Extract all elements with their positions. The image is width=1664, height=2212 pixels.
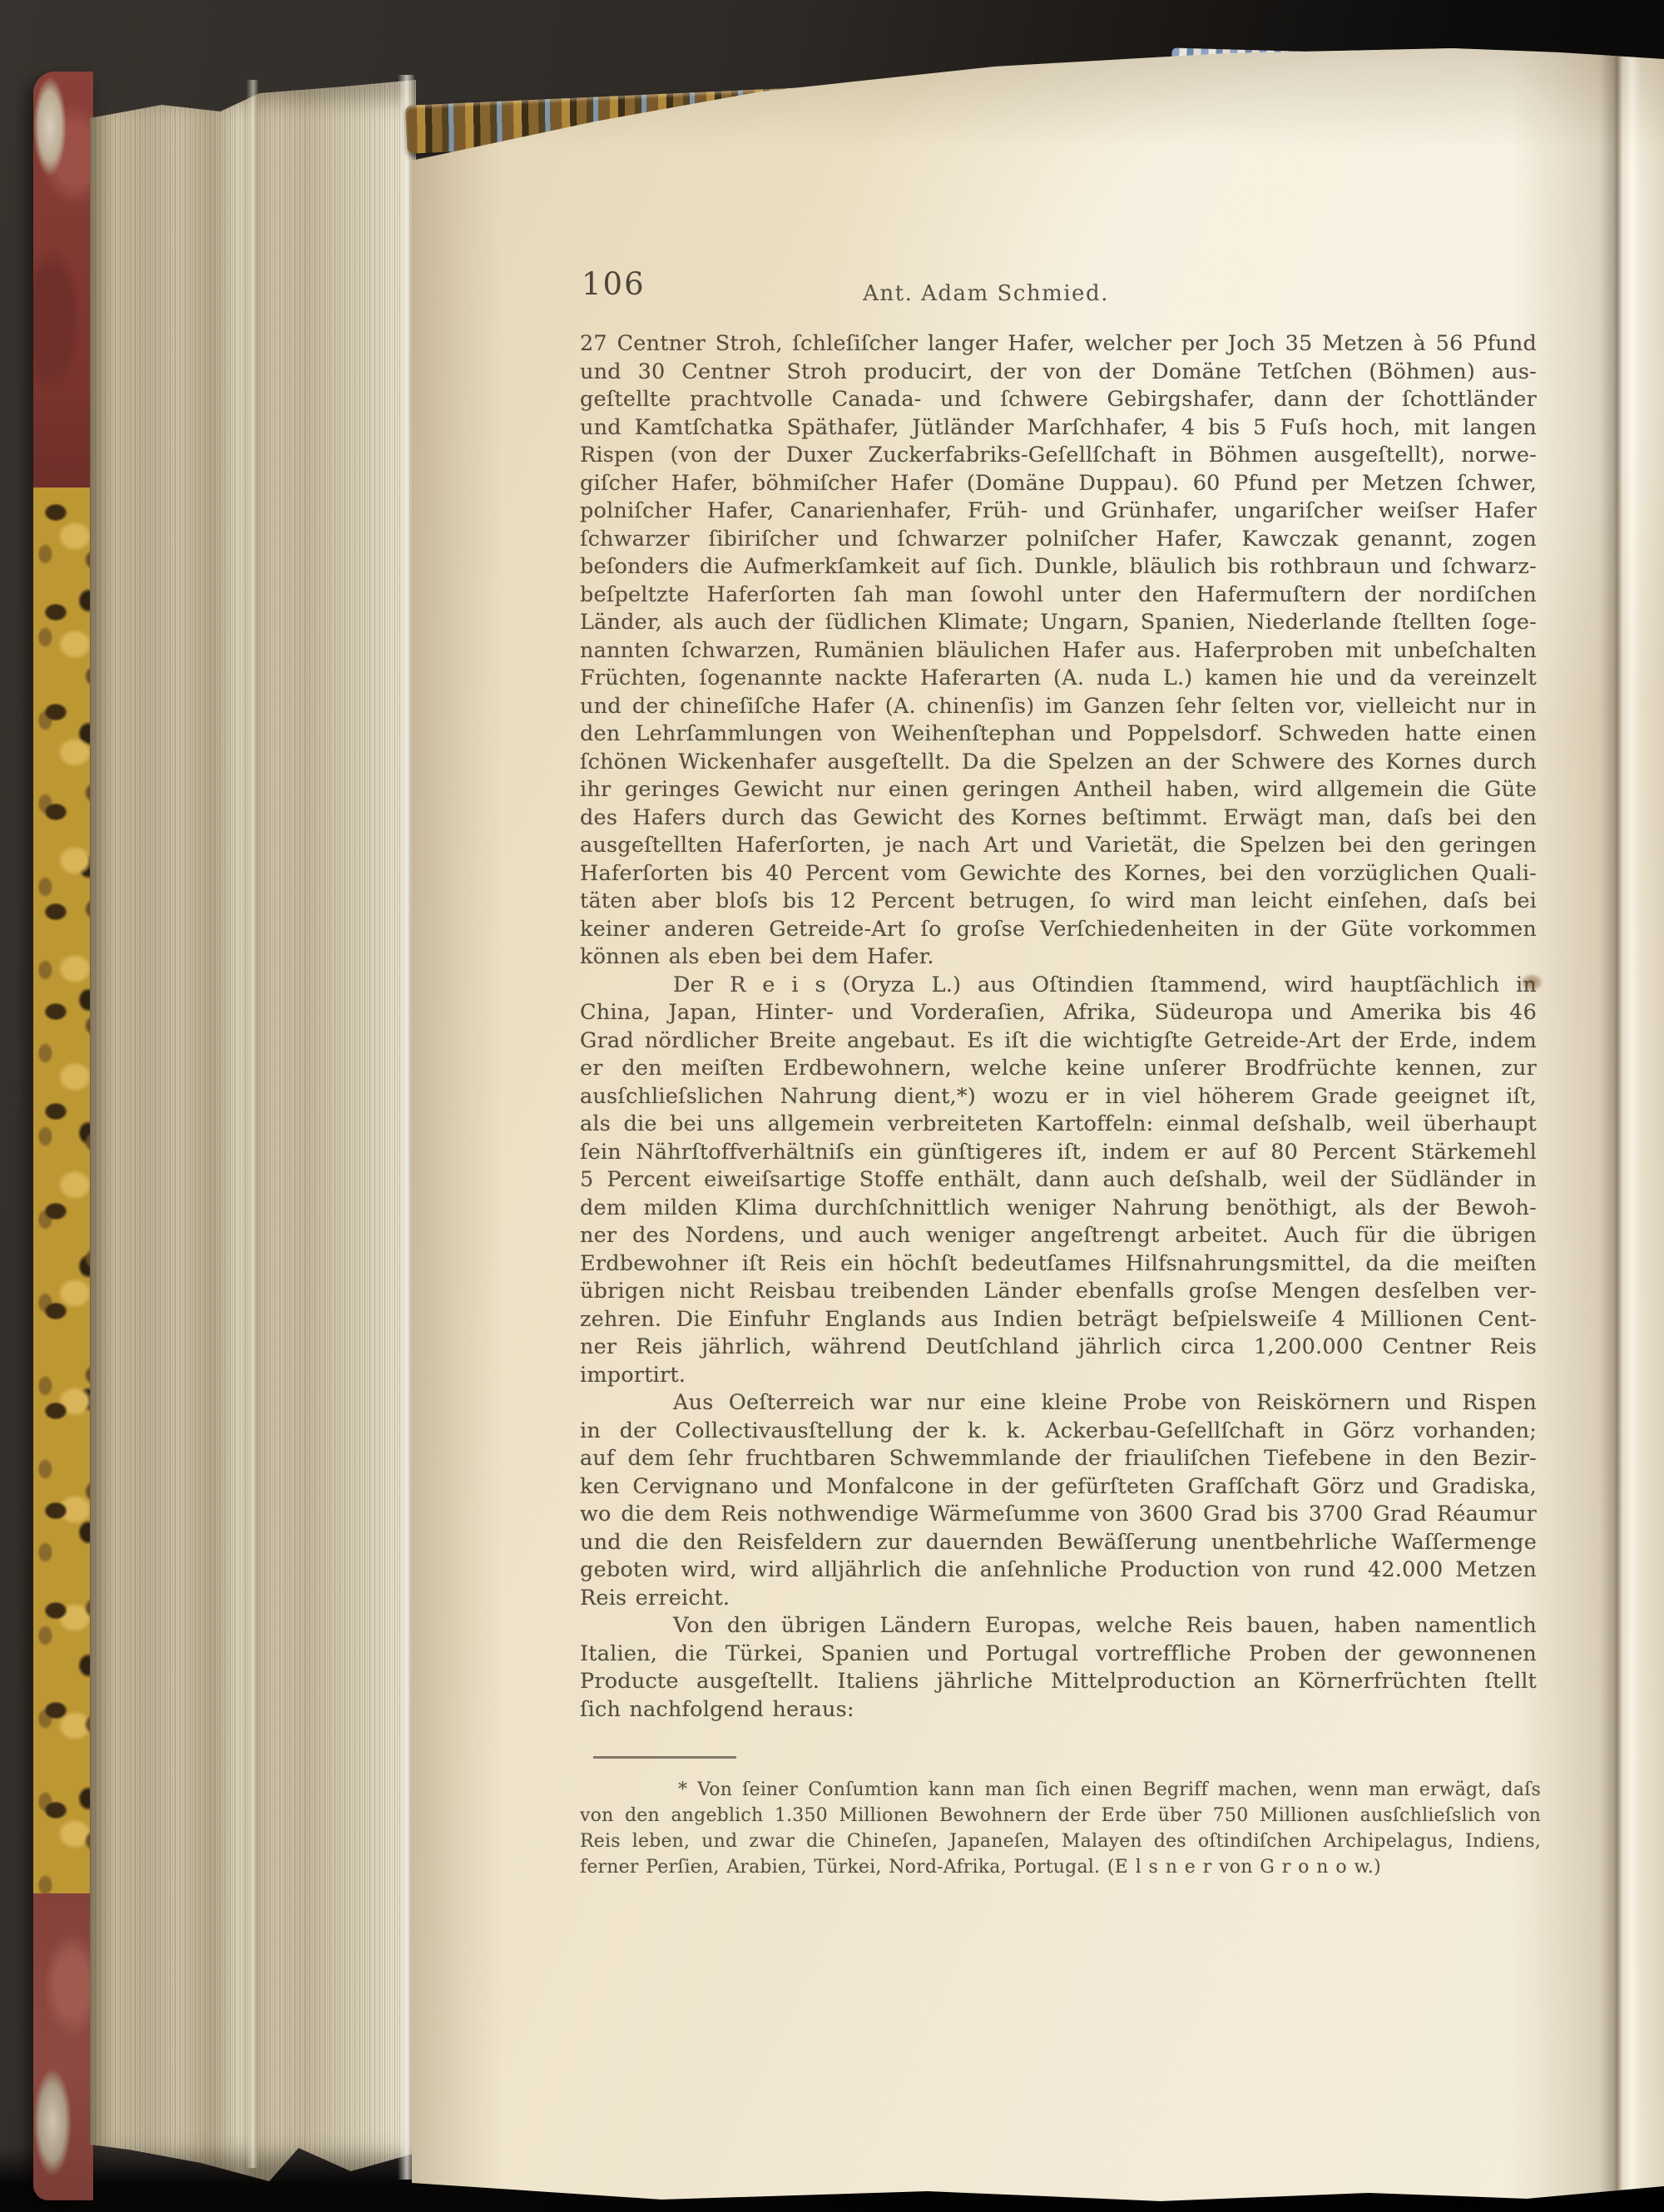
text-line: täten aber bloſs bis 12 Percent betrugen… (580, 888, 1537, 916)
text-line: beſonders die Aufmerkſamkeit auf ſich. D… (580, 553, 1537, 581)
footnote: * Von ſeiner Conſumtion kann man ſich ei… (580, 1777, 1541, 1880)
text-line: ausgeſtellten Haferſorten, je nach Art u… (580, 832, 1537, 860)
text-line: und der chineſiſche Hafer (A. chinenſis)… (580, 693, 1537, 721)
text-line: in der Collectivausſtellung der k. k. Ac… (580, 1418, 1537, 1446)
paragraph: Aus Oeſterreich war nur eine kleine Prob… (580, 1389, 1537, 1612)
text-line: er den meiſten Erdbewohnern, welche kein… (580, 1055, 1537, 1083)
book-photo: 106 Ant. Adam Schmied. 27 Centner Stroh,… (0, 0, 1664, 2212)
text-line: übrigen nicht Reisbau treibenden Länder … (580, 1278, 1537, 1306)
text-line: des Hafers durch das Gewicht des Kornes … (580, 804, 1537, 833)
text-line: 27 Centner Stroh, ſchleſiſcher langer Ha… (580, 330, 1537, 359)
text-line: auf dem ſehr fruchtbaren Schwemmlande de… (580, 1445, 1537, 1473)
page-left-shading (412, 48, 503, 2205)
text-line: den Lehrſammlungen von Weihenſtephan und… (580, 720, 1537, 749)
text-line: Grad nördlicher Breite angebaut. Es iſt … (580, 1027, 1537, 1056)
text-line: giſcher Hafer, böhmiſcher Hafer (Domäne … (580, 470, 1537, 498)
text-line: Der R e i s (Oryza L.) aus Oſtindien ſta… (580, 972, 1537, 1000)
text-line: Erdbewohner iſt Reis ein höchſt bedeutſa… (580, 1250, 1537, 1279)
paragraph: 27 Centner Stroh, ſchleſiſcher langer Ha… (580, 330, 1537, 972)
text-line: ihr geringes Gewicht nur einen geringen … (580, 776, 1537, 804)
text-line: geboten wird, wird alljährlich die anſeh… (580, 1556, 1537, 1585)
paragraph: Von den übrigen Ländern Europas, welche … (580, 1612, 1537, 1724)
gutter-shadow (1510, 48, 1664, 2205)
paragraph: * Von ſeiner Conſumtion kann man ſich ei… (580, 1777, 1541, 1880)
text-line: polniſcher Hafer, Canarienhafer, Früh- u… (580, 497, 1537, 526)
text-line: ken Cervignano und Monfalcone in der gef… (580, 1473, 1537, 1502)
book-cover (33, 72, 93, 2200)
text-line: ſein Nährſtoffverhältniſs ein günſtigere… (580, 1139, 1537, 1167)
text-line: und 30 Centner Stroh producirt, der von … (580, 359, 1537, 387)
text-line: keiner anderen Getreide-Art ſo groſse Ve… (580, 916, 1537, 944)
text-line: ſchönen Wickenhafer ausgeſtellt. Da die … (580, 749, 1537, 777)
text-line: geſtellte prachtvolle Canada- und ſchwer… (580, 386, 1537, 414)
footnote-separator-rule (593, 1756, 736, 1759)
text-line: importirt. (580, 1362, 1537, 1390)
text-line: beſpeltzte Haferſorten ſah man ſowohl un… (580, 581, 1537, 610)
open-book-page: 106 Ant. Adam Schmied. 27 Centner Stroh,… (412, 48, 1664, 2205)
text-line: ner des Nordens, und auch weniger angeſt… (580, 1222, 1537, 1250)
text-line: Reis erreicht. (580, 1585, 1537, 1613)
text-line: zehren. Die Einfuhr Englands aus Indien … (580, 1306, 1537, 1334)
running-head: Ant. Adam Schmied. (778, 281, 1194, 306)
text-line: Aus Oeſterreich war nur eine kleine Prob… (580, 1389, 1537, 1418)
text-line: und Kamtſchatka Späthafer, Jütländer Mar… (580, 414, 1537, 443)
cover-torn-patch-top (33, 77, 67, 176)
text-line: wo die dem Reis nothwendige Wärmeſumme v… (580, 1501, 1537, 1529)
text-line: können als eben bei dem Hafer. (580, 943, 1537, 972)
cover-marbled-paper (33, 487, 93, 1893)
text-line: ſchwarzer ſibiriſcher und ſchwarzer poln… (580, 526, 1537, 554)
page-number: 106 (582, 266, 646, 302)
text-line: Italien, die Türkei, Spanien und Portuga… (580, 1640, 1537, 1669)
text-line: ner Reis jährlich, während Deutſchland j… (580, 1334, 1537, 1362)
text-line: und die den Reisfeldern zur dauernden Be… (580, 1529, 1537, 1557)
text-line: Reis leben, und zwar die Chineſen, Japan… (580, 1828, 1541, 1854)
text-line: ausſchlieſslichen Nahrung dient,*) wozu … (580, 1083, 1537, 1111)
text-line: Früchten, ſogenannte nackte Haferarten (… (580, 665, 1537, 693)
text-line: ferner Perſien, Arabien, Türkei, Nord-Af… (580, 1854, 1541, 1880)
text-line: nannten ſchwarzen, Rumänien bläulichen H… (580, 637, 1537, 666)
text-line: als die bei uns allgemein verbreiteten K… (580, 1111, 1537, 1139)
text-line: * Von ſeiner Conſumtion kann man ſich ei… (580, 1777, 1541, 1803)
text-line: von den angeblich 1.350 Millionen Bewohn… (580, 1803, 1541, 1828)
text-line: Haferſorten bis 40 Percent vom Gewichte … (580, 860, 1537, 888)
text-line: Producte ausgeſtellt. Italiens jährliche… (580, 1668, 1537, 1696)
body-text: 27 Centner Stroh, ſchleſiſcher langer Ha… (580, 330, 1537, 1724)
text-line: 5 Percent eiweiſsartige Stoffe enthält, … (580, 1166, 1537, 1195)
text-line: China, Japan, Hinter- und Vorderaſien, A… (580, 999, 1537, 1027)
text-line: ſich nachfolgend heraus: (580, 1696, 1537, 1725)
text-line: Von den übrigen Ländern Europas, welche … (580, 1612, 1537, 1640)
cover-torn-patch-bottom (33, 2068, 72, 2176)
paragraph: Der R e i s (Oryza L.) aus Oſtindien ſta… (580, 972, 1537, 1390)
text-line: dem milden Klima durchſchnittlich wenige… (580, 1195, 1537, 1223)
text-line: Länder, als auch der ſüdlichen Klimate; … (580, 609, 1537, 637)
page-edge-ridge (246, 80, 258, 2168)
text-line: Rispen (von der Duxer Zuckerfabriks-Geſe… (580, 442, 1537, 470)
